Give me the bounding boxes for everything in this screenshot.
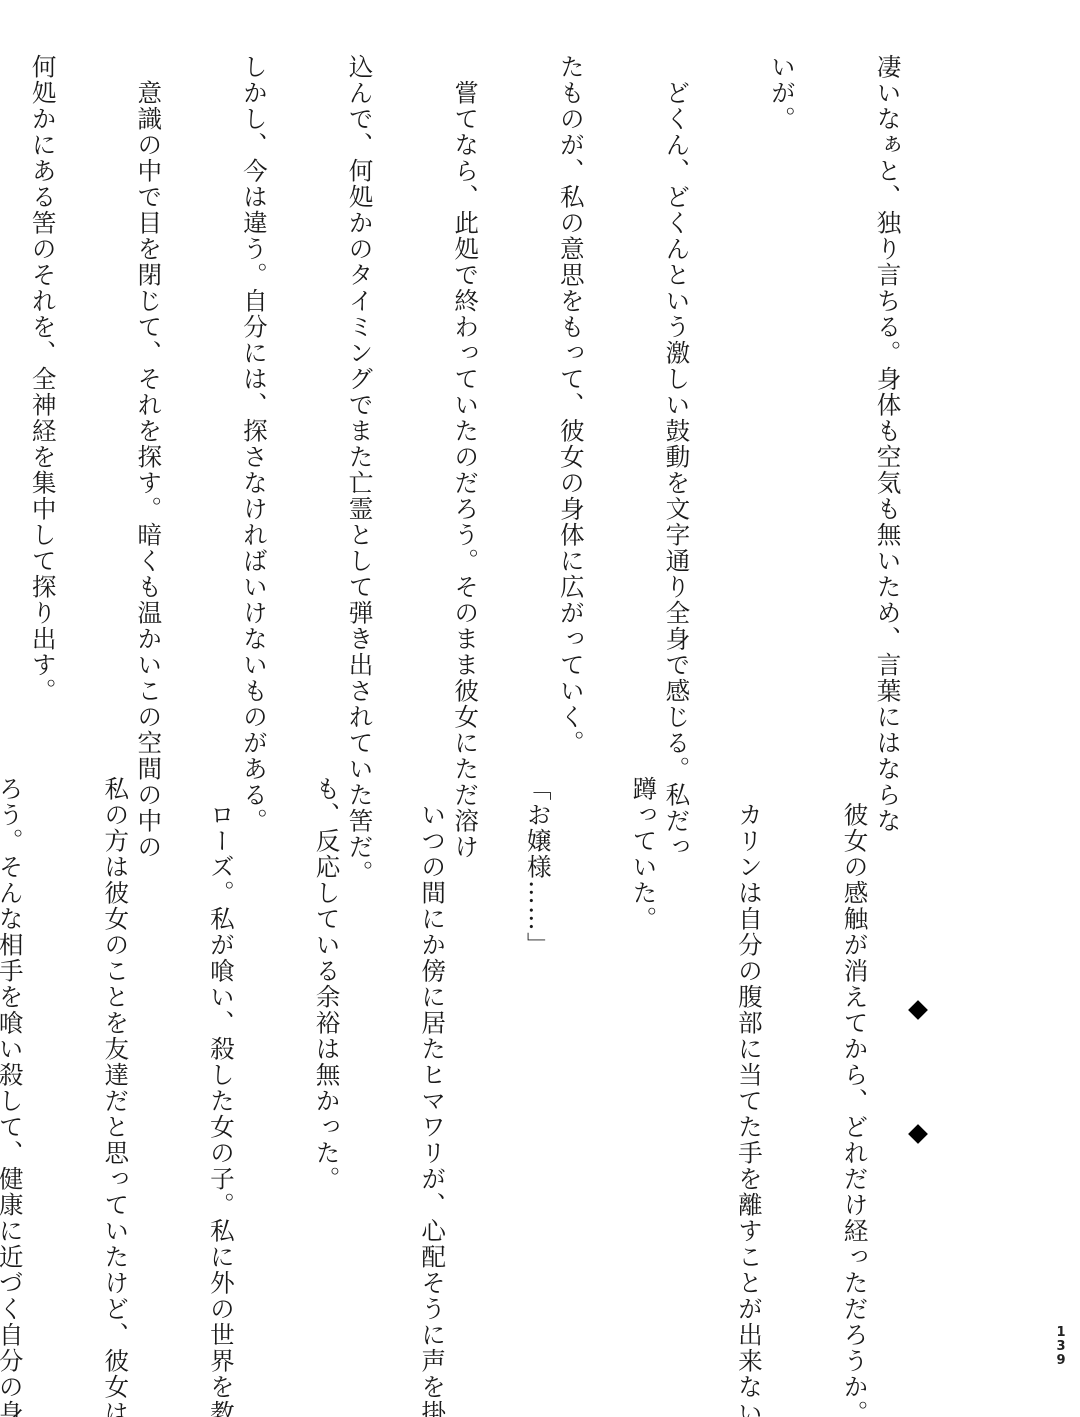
text-line: 凄いなぁと、独り言ちる。身体も空気も無いため、言葉にはならな <box>870 54 905 704</box>
book-page: 凄いなぁと、独り言ちる。身体も空気も無いため、言葉にはならな いが。 どくん、ど… <box>0 0 1080 1417</box>
text-line: どくん、どくんという激しい鼓動を文字通り全身で感じる。私だっ <box>659 54 694 704</box>
text-line: 「お嬢様……」 <box>521 776 556 1406</box>
text-line: 込んで、何処かのタイミングでまた亡霊として弾き出されていた筈だ。 <box>342 54 377 704</box>
text-line: も、反応している余裕は無かった。 <box>309 776 344 1406</box>
text-line: しかし、今は違う。自分には、探さなければいけないものがある。 <box>237 54 272 704</box>
text-line: 意識の中で目を閉じて、それを探す。暗くも温かいこの空間の中の <box>131 54 166 704</box>
text-line: 嘗てなら、此処で終わっていたのだろう。そのまま彼女にただ溶け <box>448 54 483 704</box>
text-line: 何処かにある筈のそれを、全神経を集中して探り出す。 <box>26 54 61 704</box>
text-line: ローズ。私が喰い、殺した女の子。私に外の世界を教えてくれた子。 <box>204 776 239 1406</box>
text-line: 蹲っていた。 <box>626 776 661 1406</box>
text-line: たものが、私の意思をもって、彼女の身体に広がっていく。 <box>554 54 589 704</box>
text-line: カリンは自分の腹部に当てた手を離すことが出来ないまま、ずっと <box>732 776 767 1406</box>
text-line: いつの間にか傍に居たヒマワリが、心配そうに声を掛けてくる。で <box>415 776 450 1406</box>
text-line: 私の方は彼女のことを友達だと思っていたけど、彼女はどうだっただ <box>98 776 133 1406</box>
bottom-text-section: 彼女の感触が消えてから、どれだけ経っただろうか。 カリンは自分の腹部に当てた手を… <box>0 776 943 1406</box>
page-number-digit: 3 <box>1054 1340 1068 1354</box>
page-number: 1 3 9 <box>1054 1326 1068 1368</box>
page-number-digit: 1 <box>1054 1326 1068 1340</box>
text-line: 彼女の感触が消えてから、どれだけ経っただろうか。 <box>837 776 872 1406</box>
page-number-digit: 9 <box>1054 1354 1068 1368</box>
text-line: いが。 <box>765 54 800 704</box>
text-line: ろう。そんな相手を喰い殺して、健康に近づく自分の身体が何より憎 <box>0 776 28 1406</box>
top-text-section: 凄いなぁと、独り言ちる。身体も空気も無いため、言葉にはならな いが。 どくん、ど… <box>0 54 976 704</box>
